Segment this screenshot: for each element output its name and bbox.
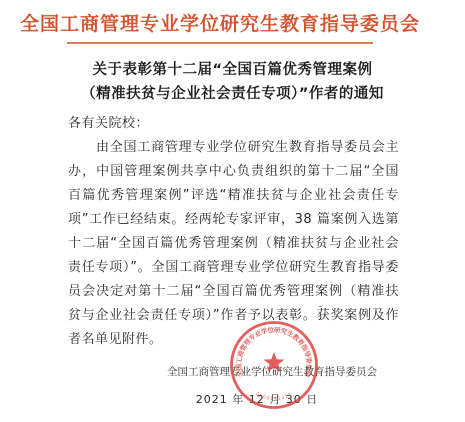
document-page: 全国工商管理专业学位研究生教育指导委员会 关于表彰第十二届“全国百篇优秀管理案例… (0, 0, 465, 422)
document-title-line1: 关于表彰第十二届“全国百篇优秀管理案例 (0, 58, 465, 79)
scan-artifact-dash: - (318, 299, 323, 314)
letterhead-title: 全国工商管理专业学位研究生教育指导委员会 (0, 9, 440, 36)
seal-star-icon (264, 352, 285, 372)
official-seal: 全国工商管理专业学位研究生教育指导委员会 0000141311 (229, 320, 319, 410)
document-title-line2: （精准扶贫与企业社会责任专项）”作者的通知 (0, 82, 465, 103)
document-body: 各有关院校： 由全国工商管理专业学位研究生教育指导委员会主办，中国管理案例共享中… (68, 112, 399, 352)
letterhead-divider (67, 42, 373, 44)
greeting-line: 各有关院校： (68, 112, 399, 136)
seal-serial-number: 0000141311 (255, 391, 294, 402)
